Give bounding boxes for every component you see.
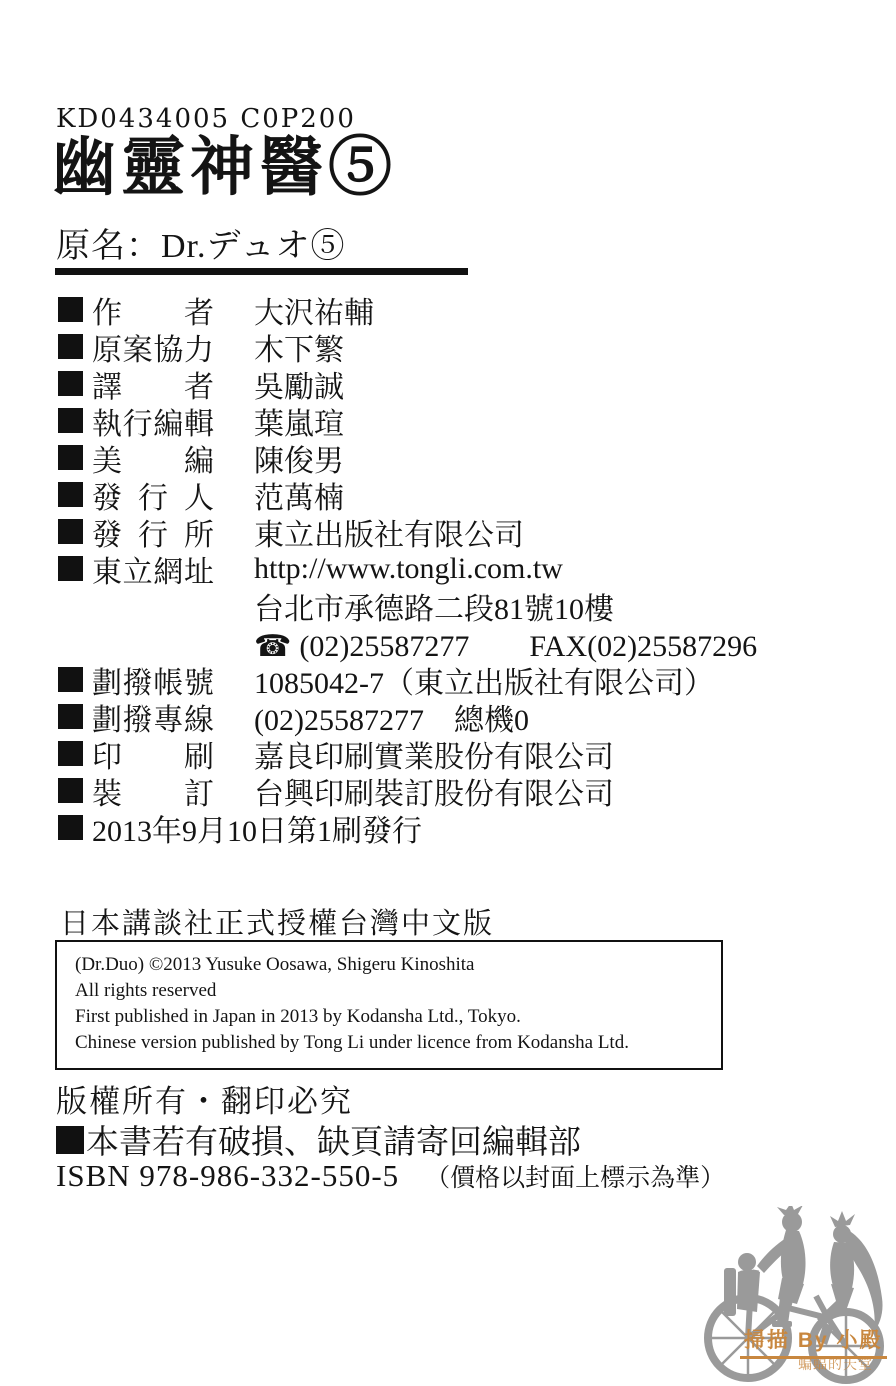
credit-row-printer: 印刷 嘉良印刷實業股份有限公司 [58, 735, 848, 772]
credit-label: 東立網址 [92, 547, 214, 591]
copyright-line: All rights reserved [75, 978, 703, 1004]
isbn-number: ISBN 978-986-332-550-5 [56, 1158, 399, 1194]
rights-reserved-line: 版權所有・翻印必究 [56, 1076, 353, 1121]
original-title: 原名：Dr.デュオ⑤ [56, 218, 345, 267]
square-bullet-icon [58, 408, 83, 433]
square-bullet-icon [58, 704, 83, 729]
square-bullet-icon [58, 741, 83, 766]
credits-list: 作者 大沢祐輔 原案協力 木下繁 譯者 吳勵誠 執行編輯 葉嵐瑄 美編 陳俊男 … [58, 291, 848, 846]
credit-row-binder: 裝訂 台興印刷裝訂股份有限公司 [58, 772, 848, 809]
edition-row: 2013年9月10日第1刷發行 [58, 809, 848, 846]
credit-row-author: 作者 大沢祐輔 [58, 291, 848, 328]
credit-row-postal-account: 劃撥帳號 1085042-7（東立出版社有限公司） [58, 661, 848, 698]
credit-row-original-plan: 原案協力 木下繁 [58, 328, 848, 365]
square-bullet-icon [58, 297, 83, 322]
copyright-box: (Dr.Duo) ©2013 Yusuke Oosawa, Shigeru Ki… [55, 940, 723, 1070]
credit-row-publishing-house: 發行所 東立出版社有限公司 [58, 513, 848, 550]
page-title: 幽靈神醫⑤ [52, 133, 397, 203]
edition-date: 2013年9月10日第1刷發行 [92, 806, 422, 850]
title-divider [55, 268, 468, 275]
square-bullet-icon [58, 334, 83, 359]
copyright-line: First published in Japan in 2013 by Koda… [75, 1004, 703, 1030]
publisher-url: http://www.tongli.com.tw [254, 552, 563, 586]
print-code: KD0434005 C0P200 [56, 104, 356, 134]
damage-return-line: 本書若有破損、缺頁請寄回編輯部 [56, 1116, 581, 1163]
square-bullet-icon [58, 371, 83, 396]
isbn-price-note: （價格以封面上標示為準） [425, 1158, 725, 1194]
square-bullet-icon [58, 519, 83, 544]
license-heading: 日本講談社正式授權台灣中文版 [60, 901, 494, 942]
credit-row-address: 台北市承德路二段81號10樓 [58, 587, 848, 624]
isbn-line: ISBN 978-986-332-550-5 （價格以封面上標示為準） [56, 1158, 725, 1194]
copyright-line: (Dr.Duo) ©2013 Yusuke Oosawa, Shigeru Ki… [75, 952, 703, 978]
square-bullet-icon [58, 482, 83, 507]
colophon-page: KD0434005 C0P200 幽靈神醫⑤ 原名：Dr.デュオ⑤ 作者 大沢祐… [0, 0, 896, 1386]
credit-row-phone-fax: ☎(02)25587277 FAX(02)25587296 [58, 624, 848, 661]
square-bullet-icon [58, 667, 83, 692]
credit-row-publisher-person: 發行人 范萬楠 [58, 476, 848, 513]
credit-row-postal-hotline: 劃撥專線 (02)25587277 總機0 [58, 698, 848, 735]
damage-return-text: 本書若有破損、缺頁請寄回編輯部 [86, 1116, 581, 1163]
credit-value: 東立出版社有限公司 [254, 510, 524, 554]
credit-row-translator: 譯者 吳勵誠 [58, 365, 848, 402]
square-bullet-icon [58, 778, 83, 803]
scan-group-credit: 蝙蝠的天堂 [798, 1354, 873, 1374]
credit-row-website: 東立網址 http://www.tongli.com.tw [58, 550, 848, 587]
square-bullet-icon [58, 556, 83, 581]
credit-row-art-editor: 美編 陳俊男 [58, 439, 848, 476]
scanlation-watermark: 掃描 By 小殿 蝙蝠的天堂 [696, 1206, 896, 1386]
square-bullet-icon [56, 1126, 84, 1154]
square-bullet-icon [58, 815, 83, 840]
copyright-line: Chinese version published by Tong Li und… [75, 1030, 703, 1056]
credit-row-executive-editor: 執行編輯 葉嵐瑄 [58, 402, 848, 439]
square-bullet-icon [58, 445, 83, 470]
